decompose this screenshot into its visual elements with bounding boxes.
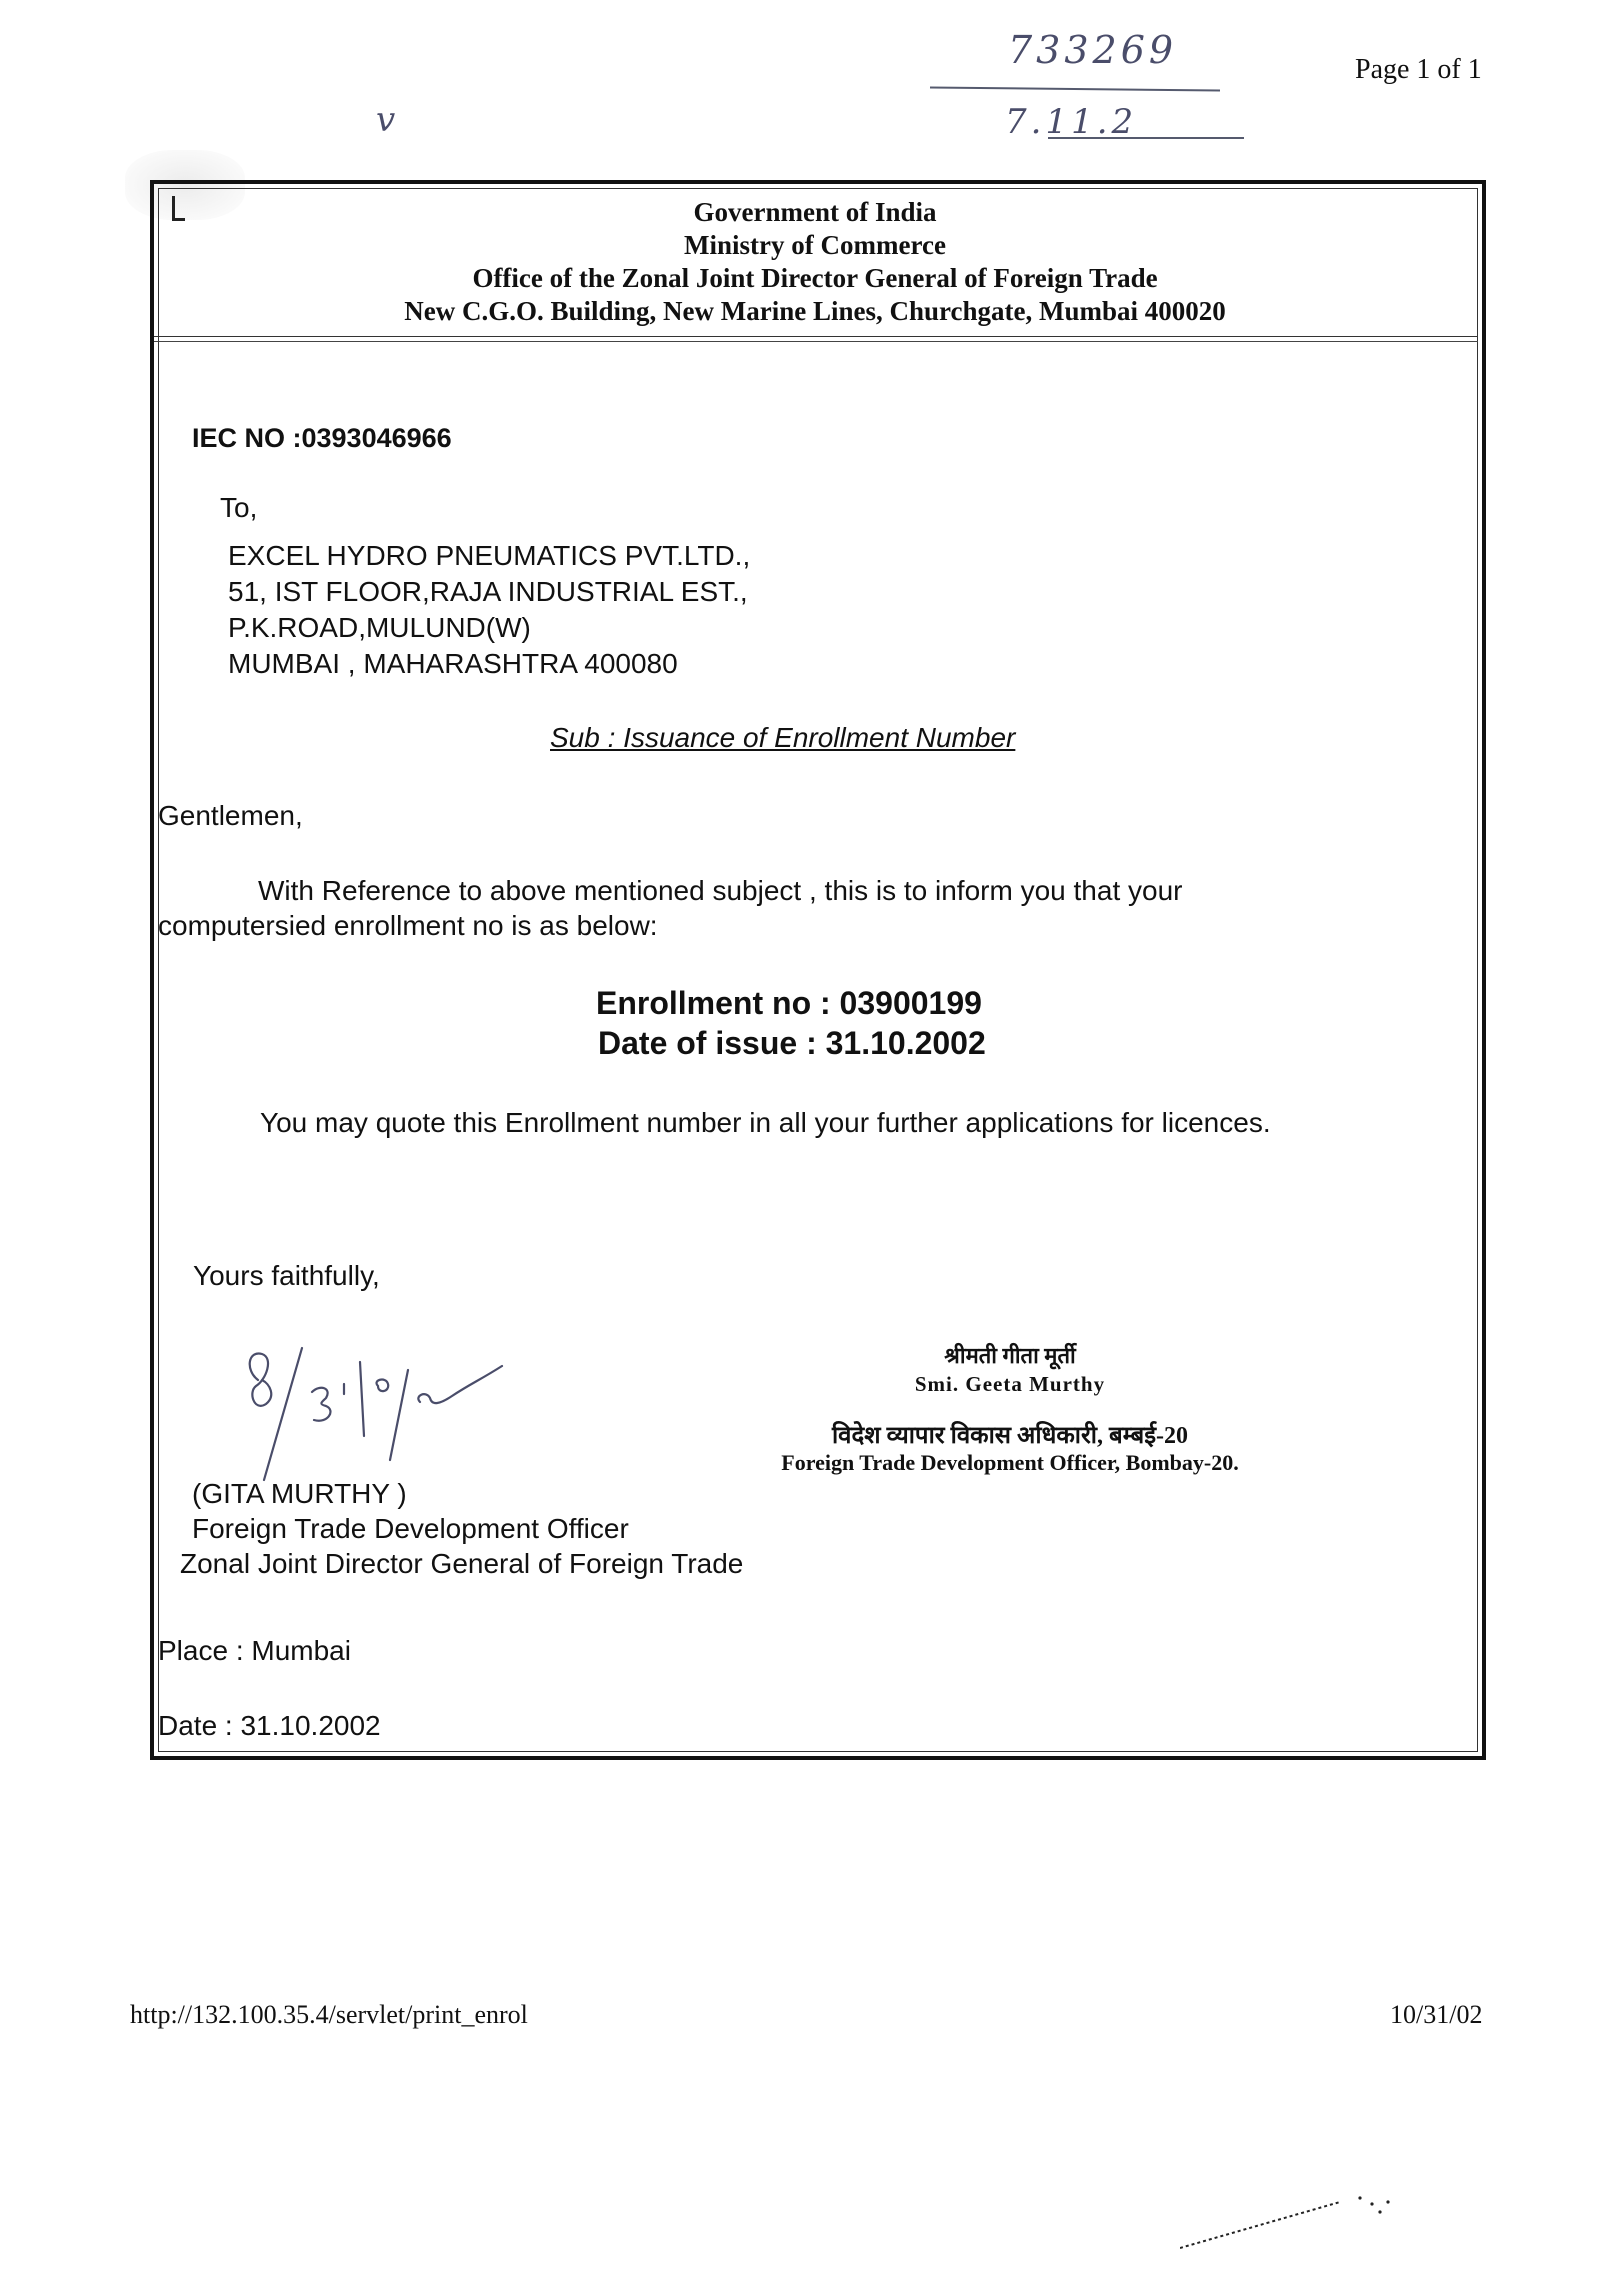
recipient-address-line: P.K.ROAD,MULUND(W) (228, 610, 531, 646)
signer-name: (GITA MURTHY ) (192, 1478, 407, 1510)
letter-date: Date : 31.10.2002 (158, 1710, 381, 1742)
page-indicator: Page 1 of 1 (1355, 54, 1482, 86)
handwritten-date: 7.11.2 (1005, 102, 1137, 142)
letterhead-address: New C.G.O. Building, New Marine Lines, C… (160, 295, 1470, 328)
stamp-hindi-name: श्रीमती गीता मूर्ती (760, 1340, 1260, 1370)
letterhead-government: Government of India (160, 196, 1470, 229)
letterhead-office: Office of the Zonal Joint Director Gener… (160, 262, 1470, 295)
stamp-english-name: Smi. Geeta Murthy (760, 1372, 1260, 1397)
recipient-address-line: MUMBAI , MAHARASHTRA 400080 (228, 646, 678, 682)
subject-line: Sub : Issuance of Enrollment Number (550, 722, 1015, 754)
header-divider (154, 341, 1478, 342)
quote-note: You may quote this Enrollment number in … (260, 1107, 1271, 1139)
handwritten-underline (930, 86, 1220, 91)
signer-office: Zonal Joint Director General of Foreign … (180, 1548, 743, 1580)
scan-stray-mark (1180, 2190, 1390, 2250)
footer-print-date: 10/31/02 (1390, 2000, 1482, 2030)
date-of-issue: Date of issue : 31.10.2002 (598, 1025, 986, 1062)
recipient-address-line: EXCEL HYDRO PNEUMATICS PVT.LTD., (228, 538, 750, 574)
handwritten-signature (240, 1340, 600, 1490)
salutation: Gentlemen, (158, 800, 303, 832)
stamp-english-title: Foreign Trade Development Officer, Bomba… (690, 1450, 1330, 1476)
place: Place : Mumbai (158, 1635, 351, 1667)
handwritten-tick: v (376, 100, 395, 140)
signer-title: Foreign Trade Development Officer (192, 1513, 629, 1545)
enrollment-number: Enrollment no : 03900199 (596, 985, 982, 1022)
body-paragraph-line: computersied enrollment no is as below: (158, 910, 658, 942)
closing: Yours faithfully, (193, 1260, 380, 1292)
handwritten-reference-number: 733269 (1008, 28, 1177, 72)
iec-number: IEC NO :0393046966 (192, 423, 452, 454)
handwritten-underline (1048, 137, 1244, 139)
stamp-hindi-title: विदेश व्यापार विकास अधिकारी, बम्बई-20 (700, 1418, 1320, 1451)
letterhead-ministry: Ministry of Commerce (160, 229, 1470, 262)
recipient-to: To, (220, 492, 257, 524)
header-divider (154, 336, 1478, 337)
body-paragraph-line: With Reference to above mentioned subjec… (258, 875, 1182, 907)
footer-url: http://132.100.35.4/servlet/print_enrol (130, 2000, 528, 2030)
recipient-address-line: 51, IST FLOOR,RAJA INDUSTRIAL EST., (228, 574, 748, 610)
